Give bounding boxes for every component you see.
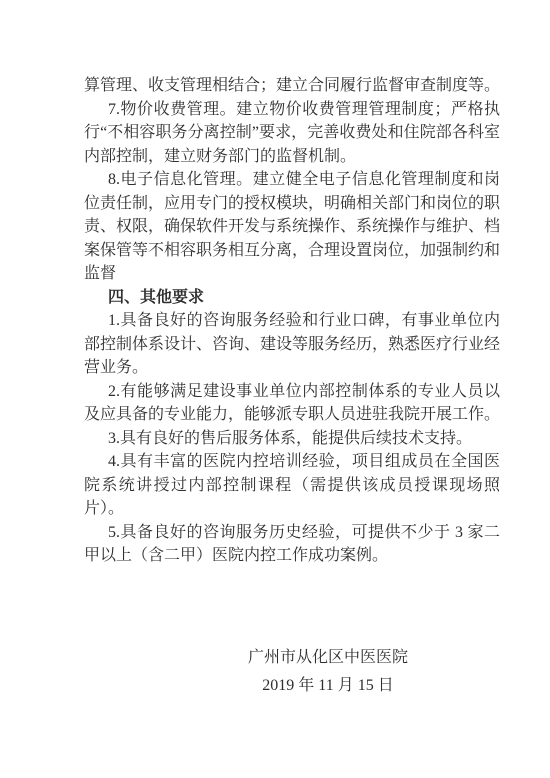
- body-paragraph-continued: 算管理、收支管理相结合；建立合同履行监督审查制度等。: [84, 74, 500, 98]
- requirement-item-2: 2.有能够满足建设事业单位内部控制体系的专业人员以及应具备的专业能力，能够派专职…: [84, 380, 500, 427]
- signature-date: 2019 年 11 月 15 日: [188, 672, 468, 700]
- signature-organization: 广州市从化区中医医院: [188, 644, 468, 672]
- paragraph-item-7-price-charging: 7.物价收费管理。建立物价收费管理管理制度；严格执行“不相容职务分离控制”要求，…: [84, 98, 500, 169]
- document-body: 算管理、收支管理相结合；建立合同履行监督审查制度等。 7.物价收费管理。建立物价…: [84, 74, 500, 568]
- requirement-item-3: 3.具有良好的售后服务体系，能提供后续技术支持。: [84, 427, 500, 451]
- signature-block: 广州市从化区中医医院 2019 年 11 月 15 日: [188, 644, 468, 700]
- requirement-item-1: 1.具备良好的咨询服务经验和行业口碑，有事业单位内部控制体系设计、咨询、建设等服…: [84, 309, 500, 380]
- paragraph-item-8-electronic-information: 8.电子信息化管理。建立健全电子信息化管理制度和岗位责任制，应用专门的授权模块，…: [84, 168, 500, 286]
- requirement-item-4: 4.具有丰富的医院内控培训经验，项目组成员在全国医院系统讲授过内部控制课程（需提…: [84, 450, 500, 521]
- section-heading-other-requirements: 四、其他要求: [84, 286, 500, 310]
- requirement-item-5: 5.具备良好的咨询服务历史经验，可提供不少于 3 家二甲以上（含二甲）医院内控工…: [84, 521, 500, 568]
- document-page: 算管理、收支管理相结合；建立合同履行监督审查制度等。 7.物价收费管理。建立物价…: [0, 0, 550, 778]
